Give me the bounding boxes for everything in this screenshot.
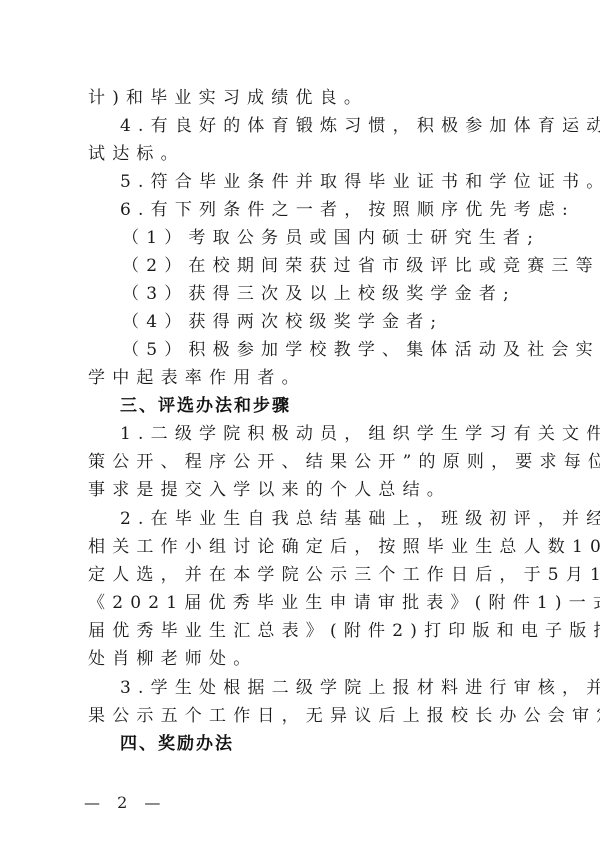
text-line: 学中起表率作用者。: [88, 367, 518, 389]
text-line: 定人选，并在本学院公示三个工作日后，于5月14日前将: [88, 564, 518, 586]
text-line: 6.有下列条件之一者，按照顺序优先考虑:: [120, 199, 550, 221]
text-line: （4）获得两次校级奖学金者;: [122, 311, 552, 333]
text-line: （3）获得三次及以上校级奖学金者;: [122, 283, 552, 305]
document-page: 计)和毕业实习成绩优良。4.有良好的体育锻炼习惯，积极参加体育运动，体能测试达标…: [0, 0, 600, 851]
section-heading-reward-methods: 四、奖励办法: [120, 733, 234, 755]
text-line: 策公开、程序公开、结果公开”的原则，要求每位毕业生实: [88, 451, 518, 473]
text-line: 果公示五个工作日，无异议后上报校长办公会审定。: [88, 705, 518, 727]
text-line: 事求是提交入学以来的个人总结。: [88, 479, 518, 501]
text-line: 计)和毕业实习成绩优良。: [88, 87, 518, 109]
text-line: 届优秀毕业生汇总表》(附件2)打印版和电子版报送至学生: [88, 620, 518, 642]
text-line: （2）在校期间荣获过省市级评比或竞赛三等奖以上者;: [122, 255, 552, 277]
text-line: 4.有良好的体育锻炼习惯，积极参加体育运动，体能测: [120, 115, 550, 137]
page-number: — 2 —: [84, 792, 166, 814]
text-line: 《2021届优秀毕业生申请审批表》(附件1)一式3份与《2021: [88, 592, 518, 614]
text-line: （5）积极参加学校教学、集体活动及社会实践，在同: [122, 339, 552, 361]
text-line: 3.学生处根据二级学院上报材料进行审核，并将审核结: [120, 677, 550, 699]
text-line: （1）考取公务员或国内硕士研究生者;: [122, 227, 552, 249]
text-line: 2.在毕业生自我总结基础上，班级初评，并经二级学院: [120, 508, 550, 530]
text-line: 1.二级学院积极动员，组织学生学习有关文件，按照“政: [120, 423, 550, 445]
section-heading-selection-procedure: 三、评选办法和步骤: [120, 395, 291, 417]
text-line: 处肖柳老师处。: [88, 648, 518, 670]
text-line: 试达标。: [88, 143, 518, 165]
text-line: 相关工作小组讨论确定后，按照毕业生总人数10%的名额拟: [88, 536, 518, 558]
text-line: 5.符合毕业条件并取得毕业证书和学位证书。: [120, 171, 550, 193]
